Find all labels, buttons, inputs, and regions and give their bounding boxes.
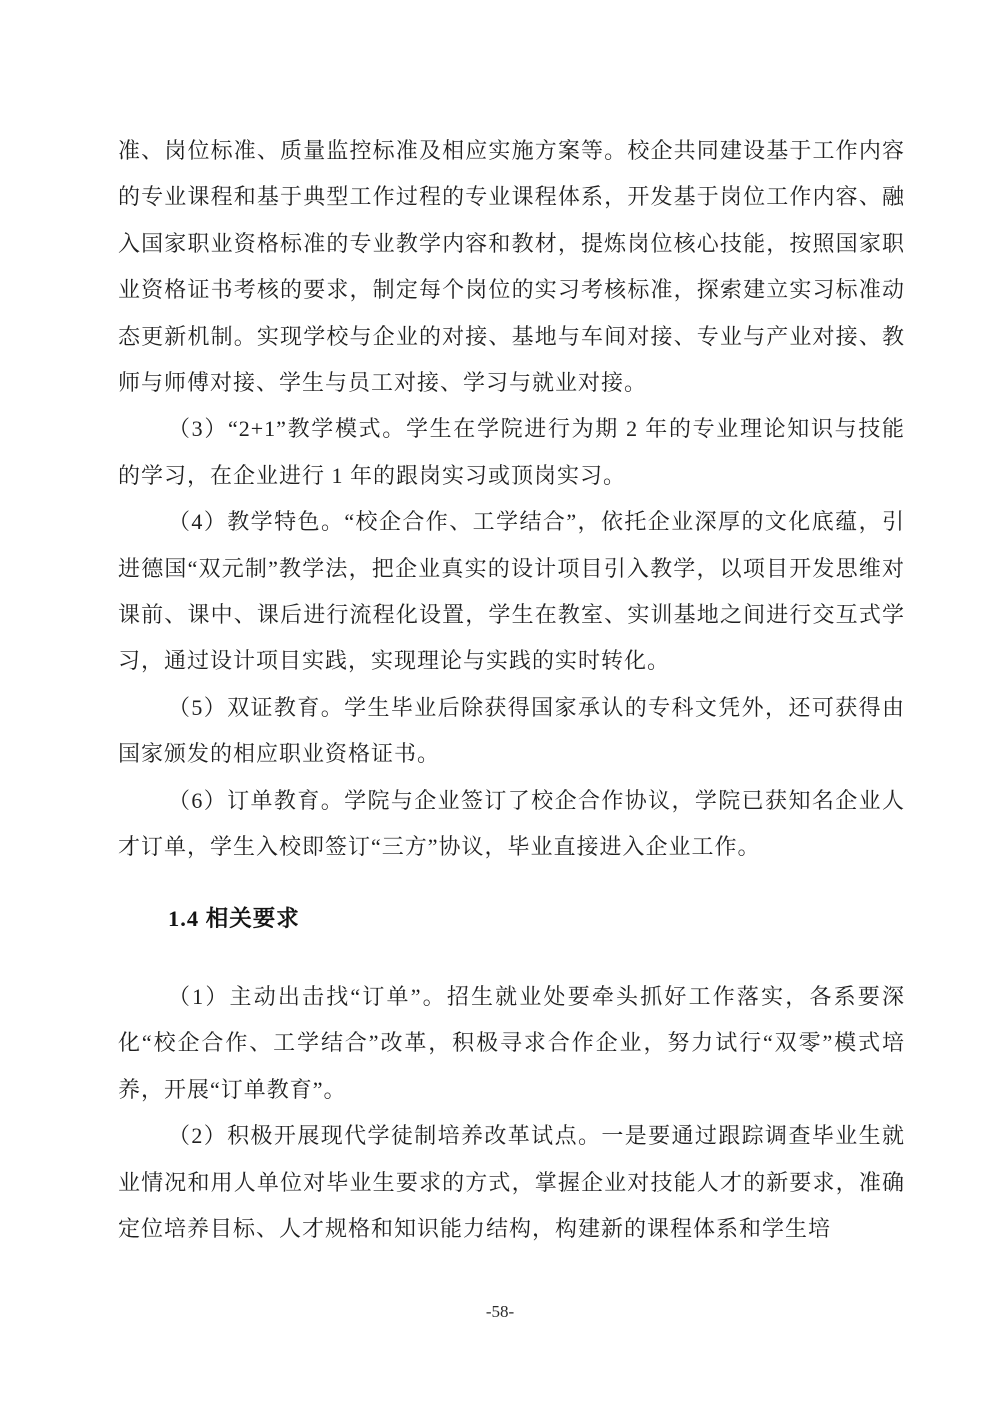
page-number: -58-	[486, 1302, 514, 1321]
body-paragraph-item-3: （3）“2+1”教学模式。学生在学院进行为期 2 年的专业理论知识与技能的学习，…	[118, 406, 905, 499]
document-page: 准、岗位标准、质量监控标准及相应实施方案等。校企共同建设基于工作内容的专业课程和…	[0, 0, 1000, 1414]
body-paragraph-item-5: （5）双证教育。学生毕业后除获得国家承认的专科文凭外，还可获得由国家颁发的相应职…	[118, 685, 905, 778]
body-paragraph-item-4: （4）教学特色。“校企合作、工学结合”，依托企业深厚的文化底蕴，引进德国“双元制…	[118, 499, 905, 685]
section-heading-1-4: 1.4 相关要求	[118, 896, 905, 942]
page-footer: -58-	[0, 1300, 1000, 1324]
page-content: 准、岗位标准、质量监控标准及相应实施方案等。校企共同建设基于工作内容的专业课程和…	[118, 128, 905, 1252]
requirement-paragraph-2: （2）积极开展现代学徒制培养改革试点。一是要通过跟踪调查毕业生就业情况和用人单位…	[118, 1113, 905, 1252]
body-paragraph-item-6: （6）订单教育。学院与企业签订了校企合作协议，学院已获知名企业人才订单，学生入校…	[118, 778, 905, 871]
requirement-paragraph-1: （1）主动出击找“订单”。招生就业处要牵头抓好工作落实，各系要深化“校企合作、工…	[118, 974, 905, 1113]
body-paragraph-continuation: 准、岗位标准、质量监控标准及相应实施方案等。校企共同建设基于工作内容的专业课程和…	[118, 128, 905, 406]
